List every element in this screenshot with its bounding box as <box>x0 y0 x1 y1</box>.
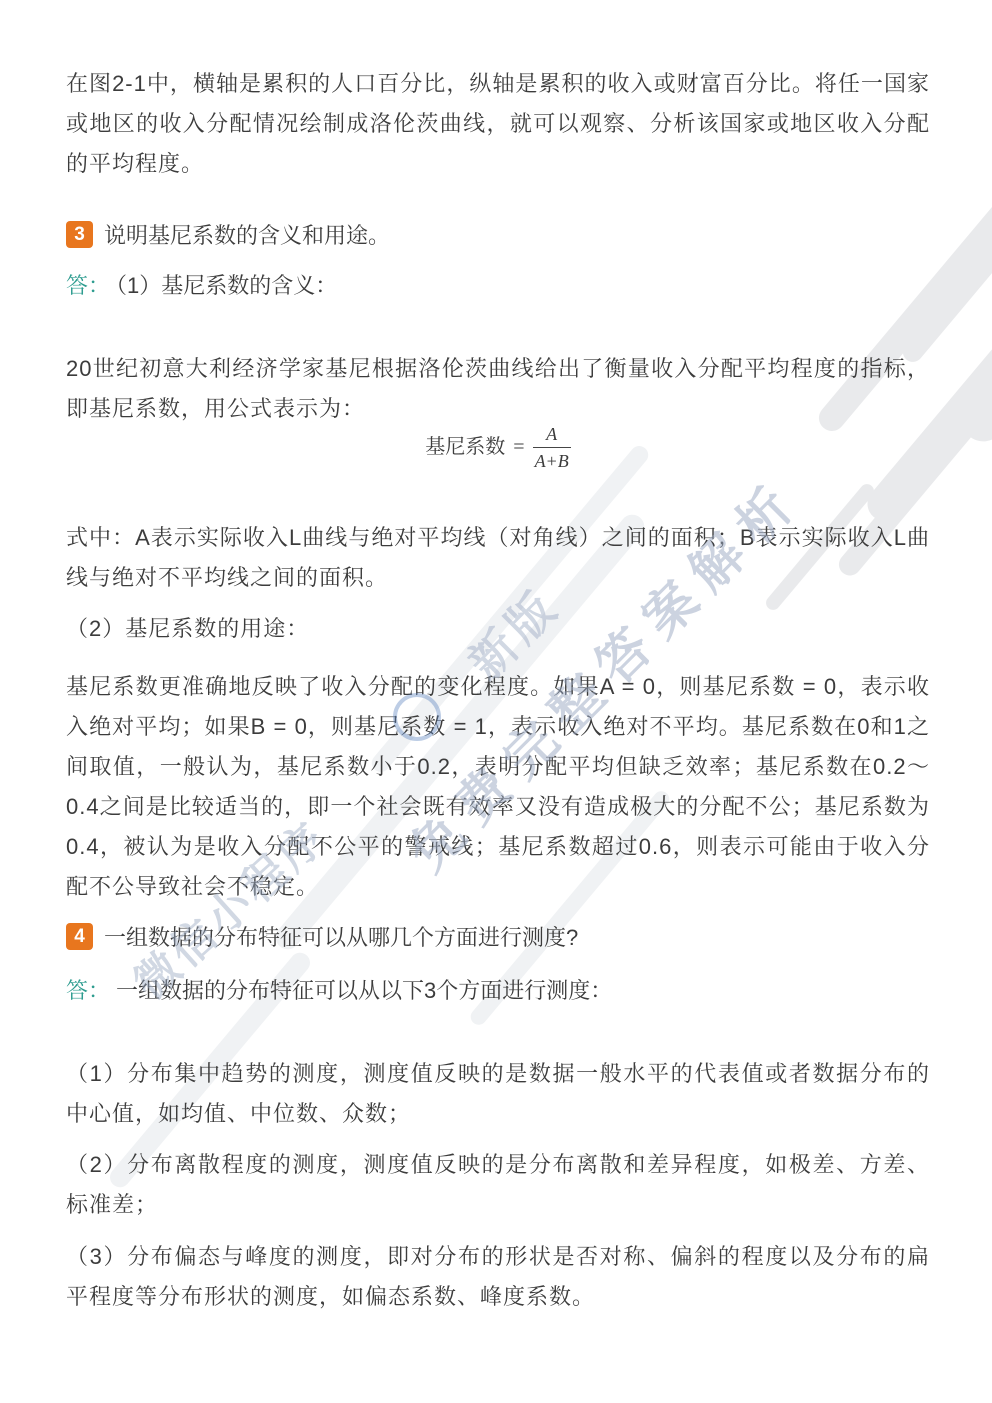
question-3-text: 说明基尼系数的含义和用途。 <box>104 219 390 250</box>
question-4-row: 4 一组数据的分布特征可以从哪几个方面进行测度? <box>66 921 930 952</box>
measure-1-paragraph: （1）分布集中趋势的测度，测度值反映的是数据一般水平的代表值或者数据分布的中心值… <box>66 1054 930 1134</box>
formula-lhs: 基尼系数 <box>425 436 505 458</box>
formula-fraction: AA+B <box>533 422 571 474</box>
answer-label: 答： <box>66 978 110 1003</box>
question-number-badge: 4 <box>66 923 93 950</box>
formula-note-paragraph: 式中：A表示实际收入L曲线与绝对平均线（对角线）之间的面积；B表示实际收入L曲线… <box>66 518 930 598</box>
question-4-text: 一组数据的分布特征可以从哪几个方面进行测度? <box>104 921 578 952</box>
answer-3-intro-row: 答：（1）基尼系数的含义： <box>66 269 930 303</box>
question-3-row: 3 说明基尼系数的含义和用途。 <box>66 219 930 250</box>
measure-2-paragraph: （2）分布离散程度的测度，测度值反映的是分布离散和差异程度，如极差、方差、标准差… <box>66 1145 930 1225</box>
gini-uses-paragraph: 基尼系数更准确地反映了收入分配的变化程度。如果A = 0，则基尼系数 = 0，表… <box>66 667 930 907</box>
answer-3-intro-text: （1）基尼系数的含义： <box>116 273 337 298</box>
answer-4-intro-text: 一组数据的分布特征可以从以下3个方面进行测度： <box>116 978 612 1003</box>
measure-3-paragraph: （3）分布偏态与峰度的测度，即对分布的形状是否对称、偏斜的程度以及分布的扁平程度… <box>66 1237 930 1317</box>
intro-paragraph: 在图2-1中，横轴是累积的人口百分比，纵轴是累积的收入或财富百分比。将任一国家或… <box>66 64 930 184</box>
gini-uses-heading: （2）基尼系数的用途： <box>66 609 930 649</box>
answer-label: 答： <box>66 273 110 298</box>
gini-origin-paragraph: 20世纪初意大利经济学家基尼根据洛伦茨曲线给出了衡量收入分配平均程度的指标，即基… <box>66 349 930 429</box>
question-number-badge: 3 <box>66 221 93 248</box>
fraction-denominator: A+B <box>533 448 571 473</box>
document-page: 在图2-1中，横轴是累积的人口百分比，纵轴是累积的收入或财富百分比。将任一国家或… <box>0 0 992 1403</box>
fraction-numerator: A <box>533 422 571 448</box>
formula-equals-sign: = <box>513 436 524 458</box>
answer-4-intro-row: 答：一组数据的分布特征可以从以下3个方面进行测度： <box>66 974 930 1008</box>
gini-formula: 基尼系数=AA+B <box>66 422 930 474</box>
